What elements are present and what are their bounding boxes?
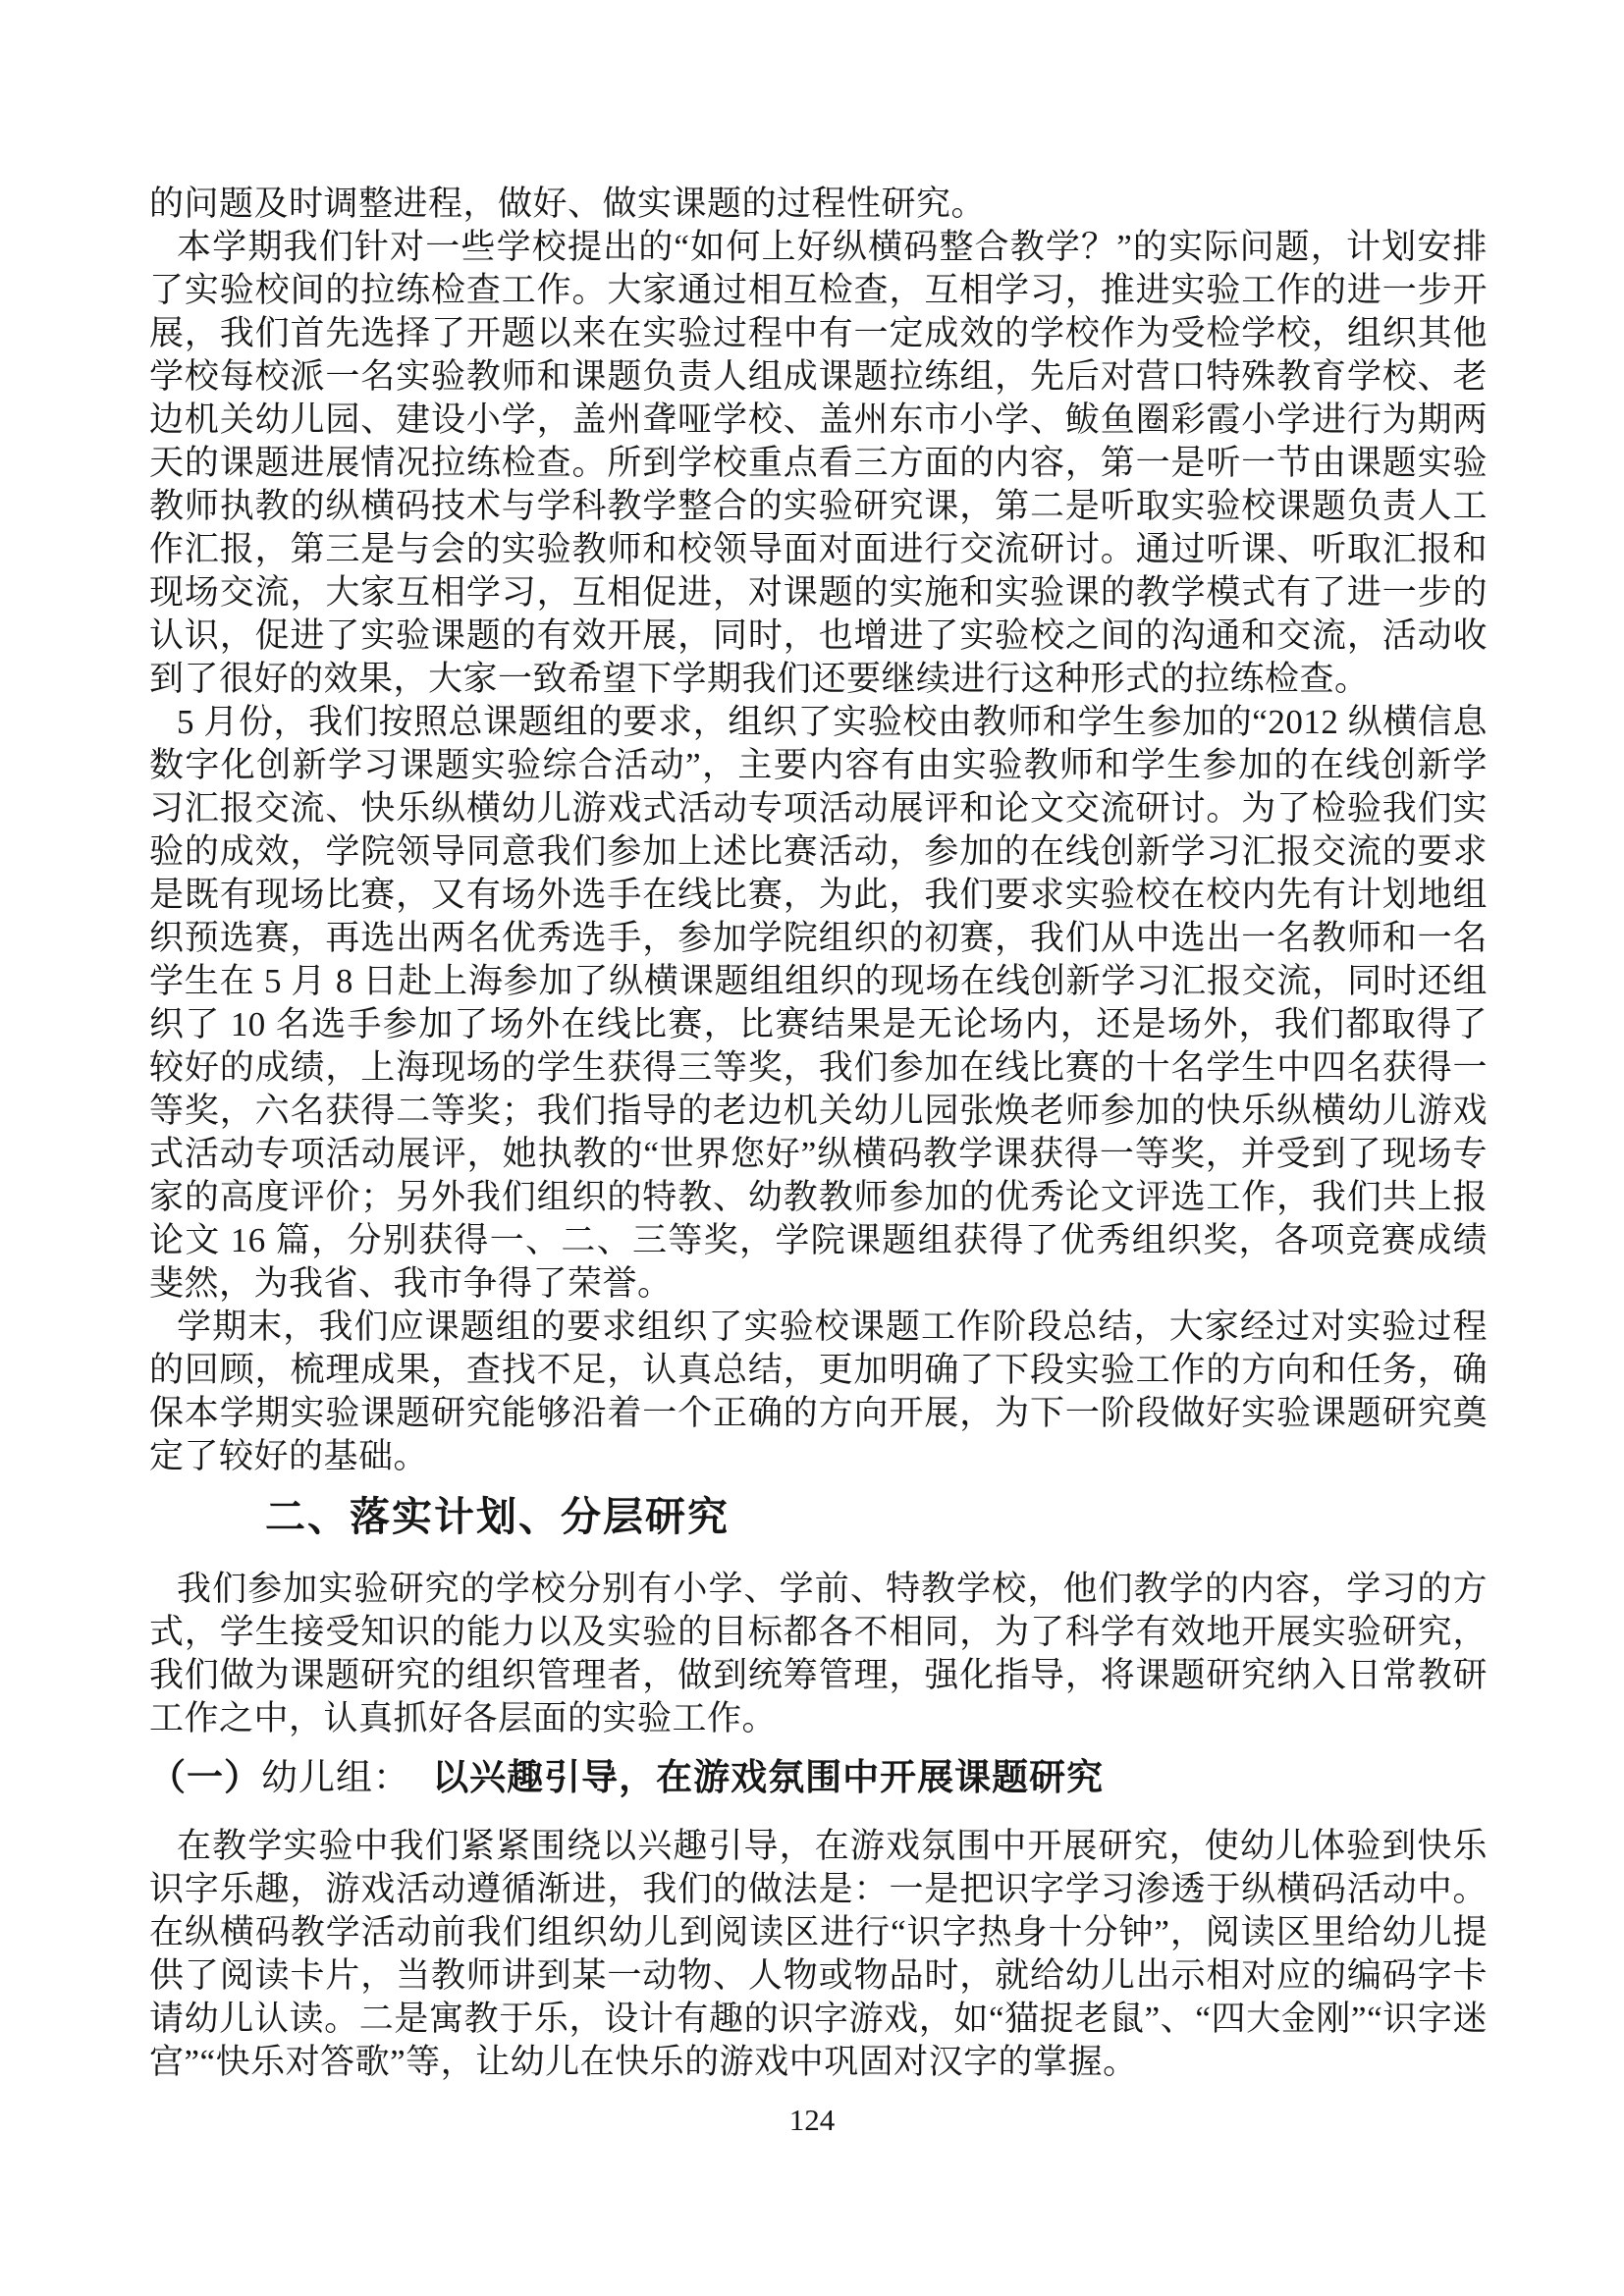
paragraph-term-end-summary: 学期末，我们应课题组的要求组织了实验校课题工作阶段总结，大家经过对实验过程的回顾… <box>149 1306 1488 1478</box>
subsection-group-label: 幼儿组： <box>261 1758 410 1798</box>
subsection-heading-1: （一）幼儿组：以兴趣引导，在游戏氛围中开展课题研究 <box>149 1754 1488 1803</box>
page-number: 124 <box>0 2101 1624 2140</box>
subsection-title: 以兴趣引导，在游戏氛围中开展课题研究 <box>432 1758 1104 1798</box>
document-content: 的问题及时调整进程，做好、做实课题的过程性研究。 本学期我们针对一些学校提出的“… <box>149 183 1488 2084</box>
paragraph-continuation: 的问题及时调整进程，做好、做实课题的过程性研究。 <box>149 183 1488 226</box>
paragraph-semester-inspection: 本学期我们针对一些学校提出的“如何上好纵横码整合教学？”的实际问题，计划安排了实… <box>149 226 1488 701</box>
section-heading-2: 二、落实计划、分层研究 <box>265 1488 1488 1545</box>
paragraph-kindergarten-methods: 在教学实验中我们紧紧围绕以兴趣引导，在游戏氛围中开展研究，使幼儿体验到快乐识字乐… <box>149 1825 1488 2084</box>
subsection-number: （一） <box>149 1758 261 1798</box>
paragraph-may-activity: 5 月份，我们按照总课题组的要求，组织了实验校由教师和学生参加的“2012 纵横… <box>149 701 1488 1306</box>
paragraph-school-types: 我们参加实验研究的学校分别有小学、学前、特教学校，他们教学的内容，学习的方式，学… <box>149 1568 1488 1740</box>
document-page: 的问题及时调整进程，做好、做实课题的过程性研究。 本学期我们针对一些学校提出的“… <box>0 0 1624 2296</box>
